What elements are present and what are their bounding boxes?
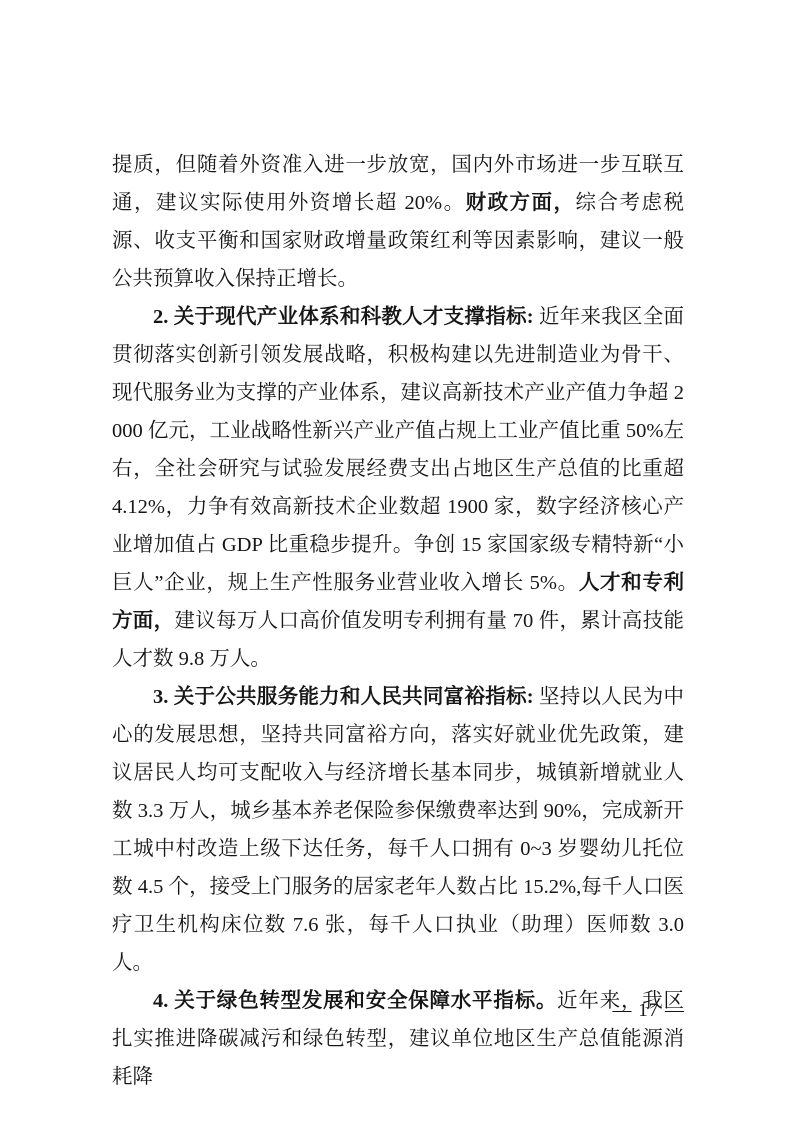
body-text: 建议每万人口高价值发明专利拥有量 70 件，累计高技能人才数 9.8 万人。 — [112, 610, 684, 670]
emphasis-text: 3. 关于公共服务能力和人民共同富裕指标: — [153, 686, 539, 708]
paragraph: 4. 关于绿色转型发展和安全保障水平指标。近年来，我区扎实推进降碳减污和绿色转型… — [112, 982, 684, 1096]
page-number: — 17 — — [613, 998, 686, 1024]
paragraph: 提质，但随着外资准入进一步放宽，国内外市场进一步互联互通，建议实际使用外资增长超… — [112, 146, 684, 298]
body-text: 坚持以人民为中心的发展思想，坚持共同富裕方向，落实好就业优先政策，建议居民人均可… — [112, 686, 684, 974]
emphasis-text: 4. 关于绿色转型发展和安全保障水平指标。 — [153, 990, 557, 1012]
document-body: 提质，但随着外资准入进一步放宽，国内外市场进一步互联互通，建议实际使用外资增长超… — [112, 146, 684, 1096]
body-text: 近年来我区全面贯彻落实创新引领发展战略，积极构建以先进制造业为骨干、现代服务业为… — [112, 306, 684, 594]
document-page: 提质，但随着外资准入进一步放宽，国内外市场进一步互联互通，建议实际使用外资增长超… — [0, 0, 793, 1122]
paragraph: 3. 关于公共服务能力和人民共同富裕指标: 坚持以人民为中心的发展思想，坚持共同… — [112, 678, 684, 982]
emphasis-text: 2. 关于现代产业体系和科教人才支撑指标: — [153, 306, 539, 328]
emphasis-text: 财政方面， — [466, 192, 576, 214]
paragraph: 2. 关于现代产业体系和科教人才支撑指标: 近年来我区全面贯彻落实创新引领发展战… — [112, 298, 684, 678]
